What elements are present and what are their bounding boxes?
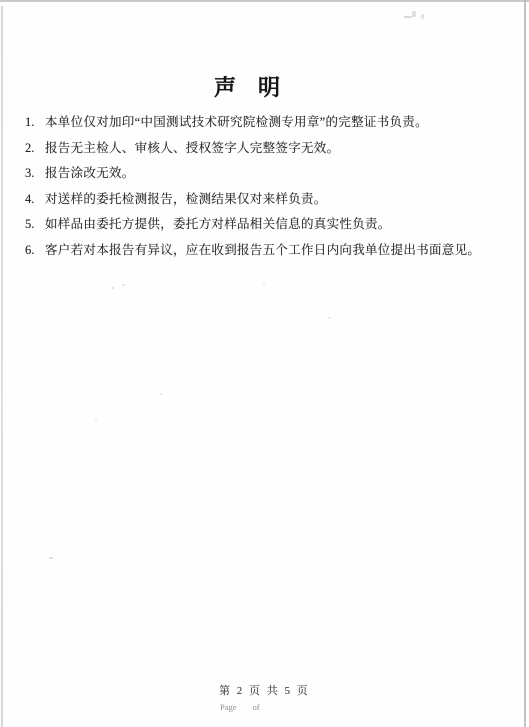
of-word: of bbox=[253, 702, 260, 712]
statement-number: 5. bbox=[25, 218, 45, 232]
scan-edge-left bbox=[1, 6, 3, 727]
statement-number: 3. bbox=[25, 167, 45, 181]
statement-number: 4. bbox=[25, 193, 45, 207]
statement-number: 6. bbox=[25, 244, 45, 258]
statement-text: 本单位仅对加印“中国测试技术研究院检测专用章”的完整证书负责。 bbox=[45, 116, 428, 130]
scan-noise bbox=[404, 16, 412, 18]
statement-item: 6. 客户若对本报告有异议，应在收到报告五个工作日内向我单位提出书面意见。 bbox=[25, 244, 499, 258]
statement-text: 报告涂改无效。 bbox=[45, 167, 135, 181]
page-indicator-cn: 第 2 页 共 5 页 bbox=[219, 682, 310, 698]
statement-item: 2. 报告无主检人、审核人、授权签字人完整签字无效。 bbox=[25, 142, 499, 156]
scan-noise bbox=[95, 420, 97, 422]
statement-list: 1. 本单位仅对加印“中国测试技术研究院检测专用章”的完整证书负责。 2. 报告… bbox=[25, 116, 499, 269]
statement-number: 1. bbox=[25, 116, 45, 130]
statement-text: 如样品由委托方提供，委托方对样品相关信息的真实性负责。 bbox=[45, 218, 391, 232]
scan-noise bbox=[328, 317, 331, 319]
declaration-page: 声 明 1. 本单位仅对加印“中国测试技术研究院检测专用章”的完整证书负责。 2… bbox=[0, 0, 529, 727]
scan-noise bbox=[122, 284, 125, 286]
scan-noise bbox=[49, 557, 53, 559]
statement-text: 报告无主检人、审核人、授权签字人完整签字无效。 bbox=[45, 142, 339, 156]
statement-item: 5. 如样品由委托方提供，委托方对样品相关信息的真实性负责。 bbox=[25, 218, 499, 232]
page-indicator-en: Page of bbox=[219, 702, 310, 712]
scan-noise bbox=[112, 287, 114, 289]
statement-item: 1. 本单位仅对加印“中国测试技术研究院检测专用章”的完整证书负责。 bbox=[25, 116, 499, 130]
scan-noise bbox=[412, 11, 416, 17]
statement-text: 对送样的委托检测报告，检测结果仅对来样负责。 bbox=[45, 193, 327, 207]
scan-edge-right bbox=[524, 0, 526, 727]
scan-noise bbox=[263, 283, 265, 285]
statement-text: 客户若对本报告有异议，应在收到报告五个工作日内向我单位提出书面意见。 bbox=[45, 244, 480, 258]
scan-edge-top bbox=[0, 0, 529, 2]
statement-number: 2. bbox=[25, 142, 45, 156]
page-footer: 第 2 页 共 5 页 Page of bbox=[219, 682, 310, 712]
statement-item: 4. 对送样的委托检测报告，检测结果仅对来样负责。 bbox=[25, 193, 499, 207]
page-title: 声 明 bbox=[0, 76, 494, 100]
scan-noise bbox=[160, 393, 162, 395]
page-word: Page bbox=[220, 702, 237, 712]
scan-noise bbox=[421, 14, 424, 19]
statement-item: 3. 报告涂改无效。 bbox=[25, 167, 499, 181]
